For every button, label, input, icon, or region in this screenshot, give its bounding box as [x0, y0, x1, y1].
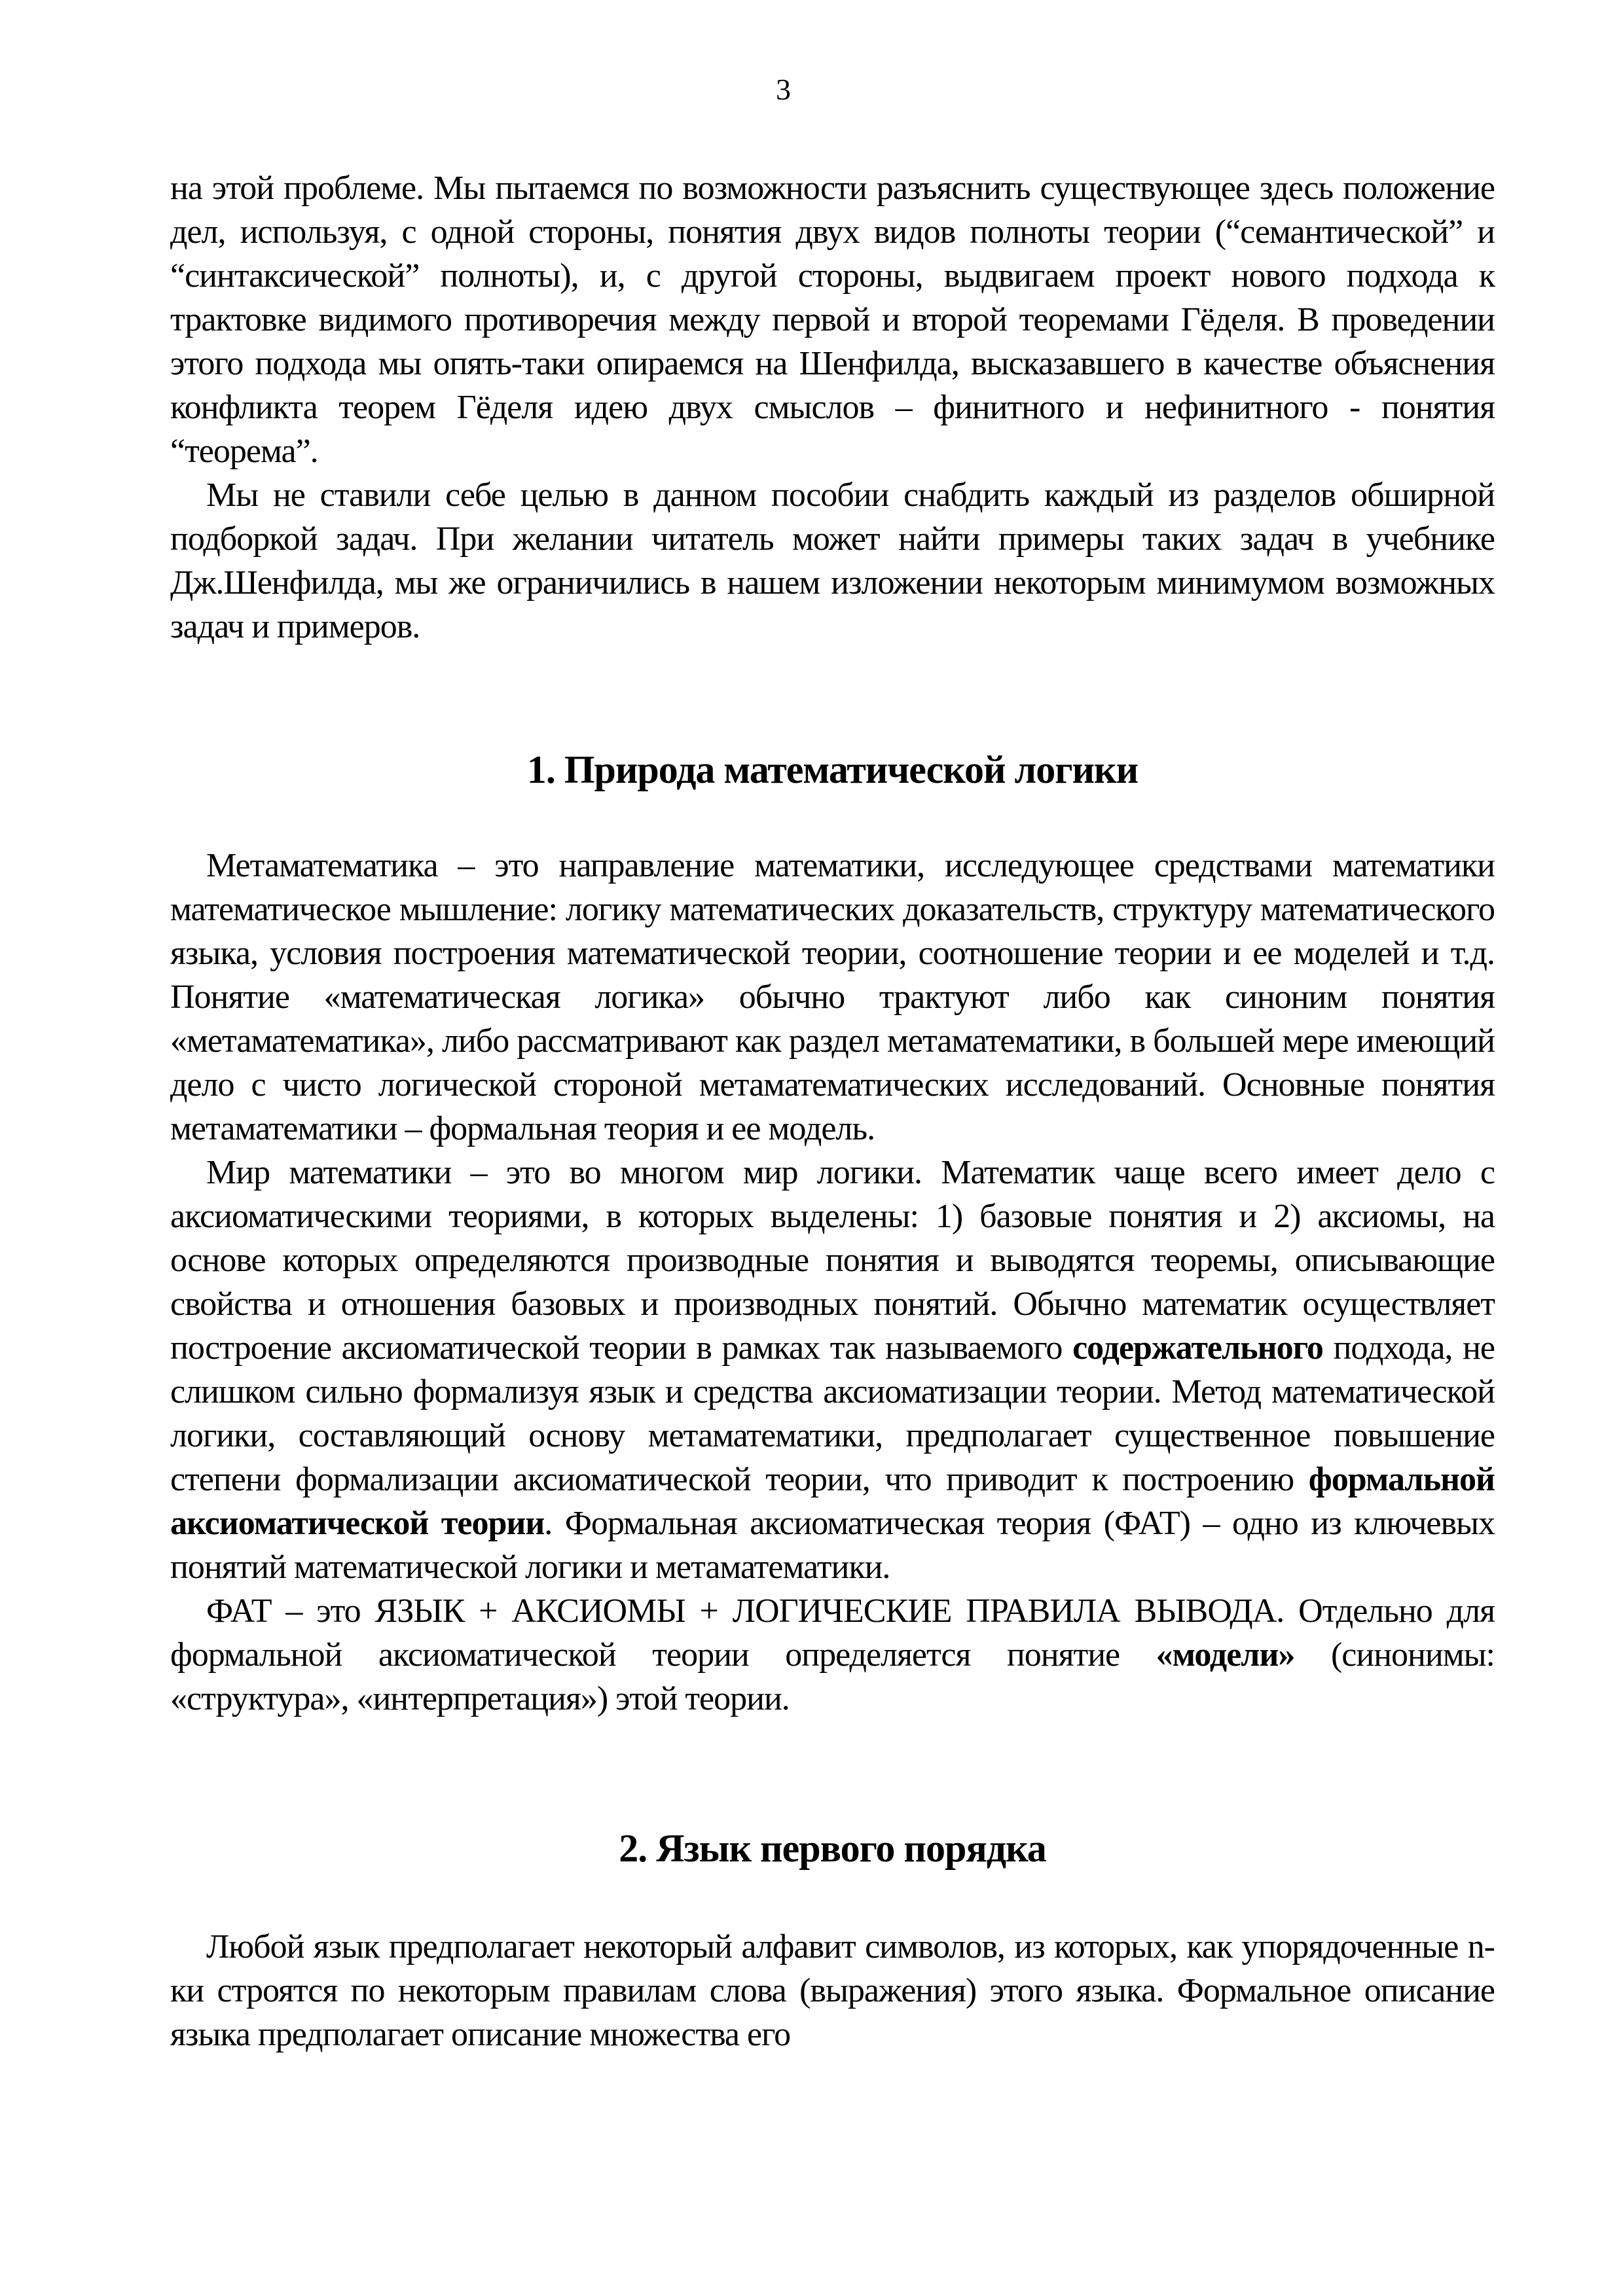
axiomatic-theory-paragraph: Мир математики – это во многом мир логик… [170, 1151, 1495, 1589]
text-run: Мы не ставили себе целью в данном пособи… [170, 476, 1495, 645]
metamathematics-paragraph: Метаматематика – это направление математ… [170, 844, 1495, 1151]
exercises-note-paragraph: Мы не ставили себе целью в данном пособи… [170, 473, 1495, 649]
text-run: Метаматематика – это направление математ… [170, 847, 1495, 1147]
fat-formula-paragraph: ФАТ – это ЯЗЫК + АКСИОМЫ + ЛОГИЧЕСКИЕ ПР… [170, 1589, 1495, 1721]
section-1-heading: 1. Природа математической логики [170, 747, 1495, 793]
page-number: 3 [170, 0, 1495, 106]
text-run: Любой язык предполагает некоторый алфави… [170, 1928, 1495, 2053]
text-run: на этой проблеме. Мы пытаемся по возможн… [170, 170, 1495, 470]
bold-term-content-approach: содержательного [1072, 1329, 1323, 1367]
language-alphabet-paragraph: Любой язык предполагает некоторый алфави… [170, 1925, 1495, 2056]
document-page: 3 на этой проблеме. Мы пытаемся по возмо… [0, 0, 1623, 2296]
section-2-heading: 2. Язык первого порядка [170, 1825, 1495, 1871]
intro-continuation-paragraph: на этой проблеме. Мы пытаемся по возможн… [170, 166, 1495, 473]
bold-term-model: «модели» [1156, 1636, 1295, 1674]
